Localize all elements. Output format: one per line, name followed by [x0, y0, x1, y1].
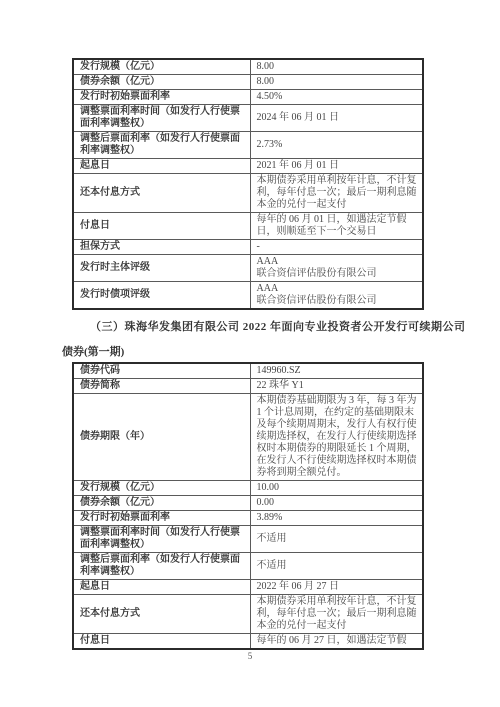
- field-label: 债券简称: [73, 379, 250, 394]
- table-row: 担保方式 -: [73, 240, 423, 255]
- table-row: 调整票面利率时间（如发行人行使票 面利率调整权） 不适用: [73, 526, 423, 553]
- field-label: 付息日: [73, 213, 250, 240]
- field-value: 149960.SZ: [250, 363, 423, 379]
- table-row: 发行时初始票面利率 4.50%: [73, 90, 423, 105]
- field-label: 债券余额（亿元）: [73, 496, 250, 511]
- field-value: 每年的 06 月 27 日，如遇法定节假: [250, 634, 423, 650]
- table-row: 调整后票面利率（如发行人行使票面 利率调整权） 不适用: [73, 553, 423, 580]
- field-value: 4.50%: [250, 90, 423, 105]
- field-label: 发行时主体评级: [73, 255, 250, 282]
- table-row: 付息日 每年的 06 月 27 日，如遇法定节假: [73, 634, 423, 650]
- table-row: 调整后票面利率（如发行人行使票面 利率调整权） 2.73%: [73, 132, 423, 159]
- field-value: 本期债券基础期限为 3 年，每 3 年为 1 个计息周期，在约定的基础期限末 及…: [250, 394, 423, 481]
- field-value: 2022 年 06 月 27 日: [250, 580, 423, 595]
- field-value: -: [250, 240, 423, 255]
- field-value: 2.73%: [250, 132, 423, 159]
- field-label: 债券代码: [73, 363, 250, 379]
- section-heading: （三）珠海华发集团有限公司 2022 年面向专业投资者公开发行可续期公司 债券(…: [62, 320, 442, 359]
- table-row: 债券余额（亿元） 8.00: [73, 75, 423, 90]
- field-value: 3.89%: [250, 511, 423, 526]
- table-row: 还本付息方式 本期债券采用单利按年计息，不计复 利，每年付息一次；最后一期利息随…: [73, 174, 423, 213]
- table-row: 债券代码 149960.SZ: [73, 363, 423, 379]
- section-heading-line2: 债券(第一期): [62, 345, 442, 359]
- field-value: 2024 年 06 月 01 日: [250, 105, 423, 132]
- field-label: 付息日: [73, 634, 250, 650]
- bond-info-table-bond3: 债券代码 149960.SZ 债券简称 22 珠华 Y1 债券期限（年） 本期债…: [72, 362, 424, 650]
- table-row: 发行时债项评级 AAA 联合资信评估股份有限公司: [73, 282, 423, 310]
- document-page: 发行规模（亿元） 8.00 债券余额（亿元） 8.00 发行时初始票面利率 4.…: [0, 0, 500, 707]
- table-row: 起息日 2021 年 06 月 01 日: [73, 159, 423, 174]
- field-value: 10.00: [250, 481, 423, 496]
- field-label: 发行时初始票面利率: [73, 511, 250, 526]
- table-row: 发行规模（亿元） 10.00: [73, 481, 423, 496]
- table-row: 起息日 2022 年 06 月 27 日: [73, 580, 423, 595]
- table-row: 债券余额（亿元） 0.00: [73, 496, 423, 511]
- field-label: 担保方式: [73, 240, 250, 255]
- field-label: 调整票面利率时间（如发行人行使票 面利率调整权）: [73, 105, 250, 132]
- field-label: 还本付息方式: [73, 174, 250, 213]
- field-label: 发行时债项评级: [73, 282, 250, 310]
- field-value: 2021 年 06 月 01 日: [250, 159, 423, 174]
- page-number: 5: [0, 651, 500, 661]
- field-value: 不适用: [250, 553, 423, 580]
- field-value: 本期债券采用单利按年计息，不计复 利，每年付息一次；最后一期利息随 本金的兑付一…: [250, 174, 423, 213]
- field-value: AAA 联合资信评估股份有限公司: [250, 282, 423, 310]
- bond-info-table-top: 发行规模（亿元） 8.00 债券余额（亿元） 8.00 发行时初始票面利率 4.…: [72, 58, 424, 310]
- table-row: 发行规模（亿元） 8.00: [73, 59, 423, 75]
- table-row: 调整票面利率时间（如发行人行使票 面利率调整权） 2024 年 06 月 01 …: [73, 105, 423, 132]
- field-value: 每年的 06 月 01 日，如遇法定节假 日，则顺延至下一个交易日: [250, 213, 423, 240]
- table-row: 还本付息方式 本期债券采用单利按年计息，不计复 利，每年付息一次；最后一期利息随…: [73, 595, 423, 634]
- field-value: 22 珠华 Y1: [250, 379, 423, 394]
- table-row: 债券简称 22 珠华 Y1: [73, 379, 423, 394]
- field-value: 0.00: [250, 496, 423, 511]
- field-label: 起息日: [73, 159, 250, 174]
- field-label: 调整后票面利率（如发行人行使票面 利率调整权）: [73, 553, 250, 580]
- field-label: 发行时初始票面利率: [73, 90, 250, 105]
- field-value: 8.00: [250, 75, 423, 90]
- table-row: 发行时初始票面利率 3.89%: [73, 511, 423, 526]
- field-label: 调整票面利率时间（如发行人行使票 面利率调整权）: [73, 526, 250, 553]
- field-value: 8.00: [250, 59, 423, 75]
- field-label: 还本付息方式: [73, 595, 250, 634]
- field-label: 债券余额（亿元）: [73, 75, 250, 90]
- field-label: 起息日: [73, 580, 250, 595]
- table-row: 债券期限（年） 本期债券基础期限为 3 年，每 3 年为 1 个计息周期，在约定…: [73, 394, 423, 481]
- field-label: 债券期限（年）: [73, 394, 250, 481]
- field-value: AAA 联合资信评估股份有限公司: [250, 255, 423, 282]
- field-value: 不适用: [250, 526, 423, 553]
- field-label: 调整后票面利率（如发行人行使票面 利率调整权）: [73, 132, 250, 159]
- field-value: 本期债券采用单利按年计息，不计复 利，每年付息一次；最后一期利息随 本金的兑付一…: [250, 595, 423, 634]
- table-row: 付息日 每年的 06 月 01 日，如遇法定节假 日，则顺延至下一个交易日: [73, 213, 423, 240]
- section-heading-line1: （三）珠海华发集团有限公司 2022 年面向专业投资者公开发行可续期公司: [62, 320, 442, 334]
- field-label: 发行规模（亿元）: [73, 481, 250, 496]
- field-label: 发行规模（亿元）: [73, 59, 250, 75]
- table-row: 发行时主体评级 AAA 联合资信评估股份有限公司: [73, 255, 423, 282]
